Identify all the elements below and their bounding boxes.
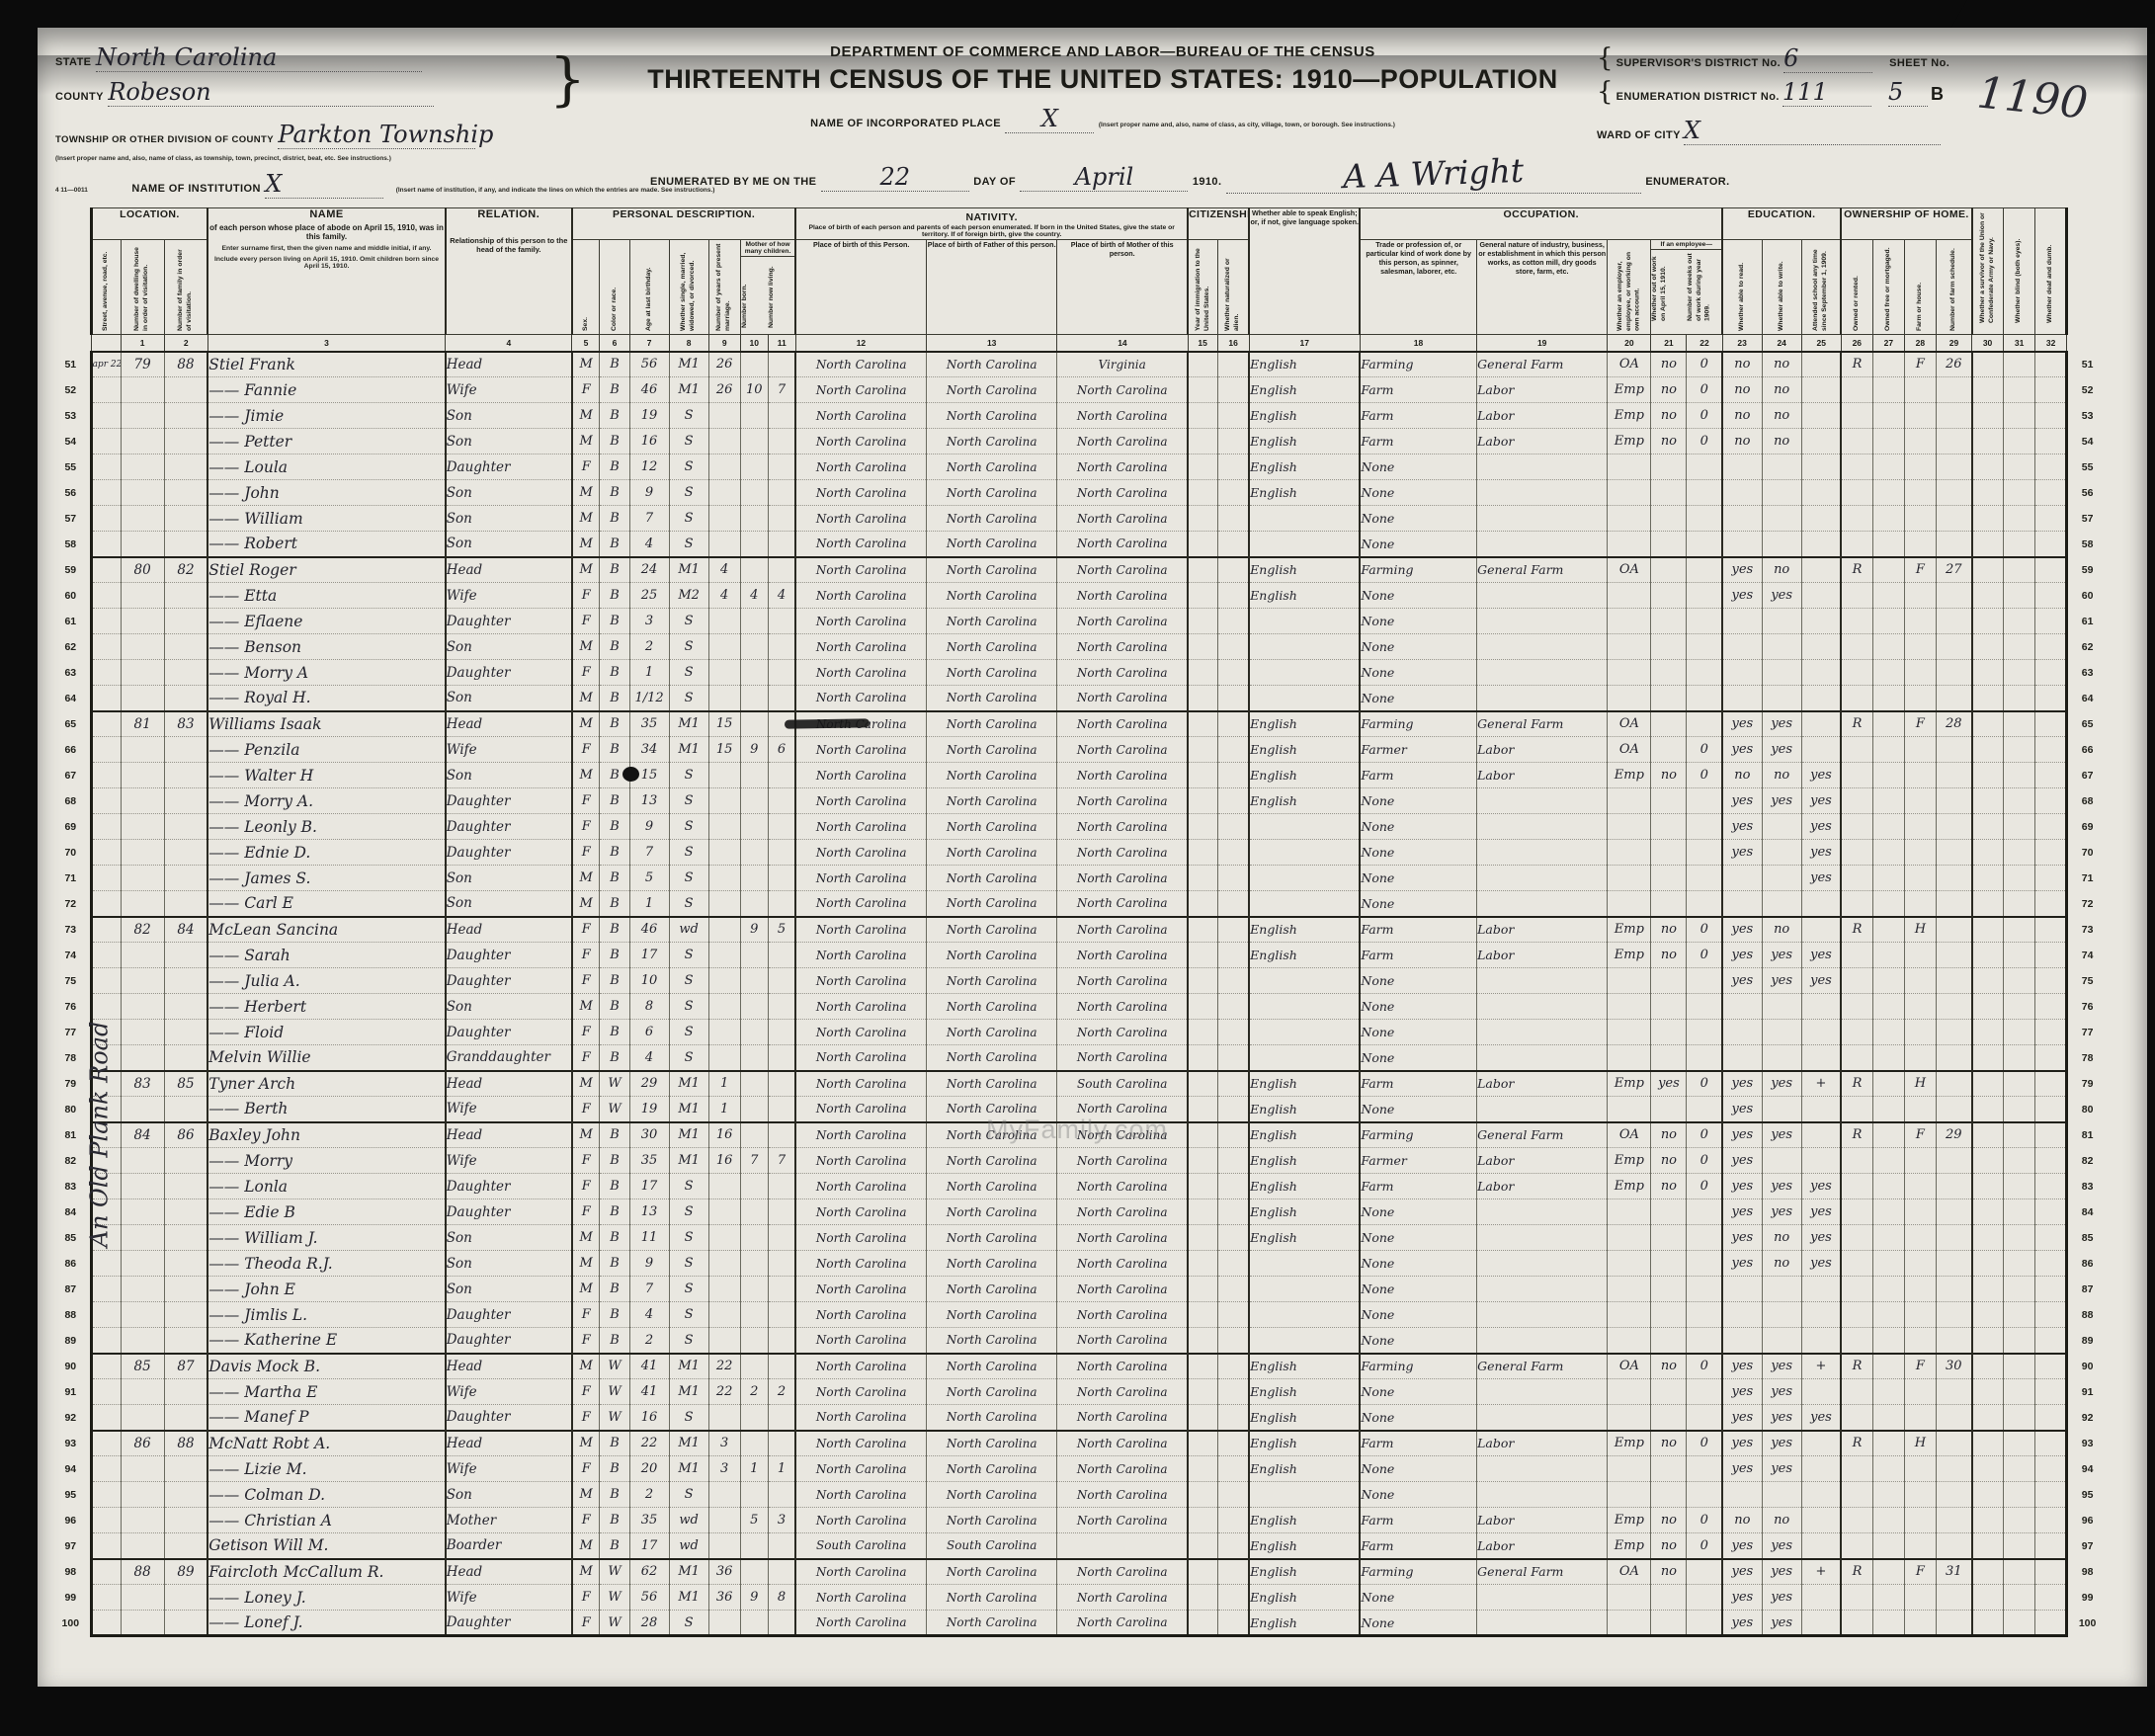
cell-cb bbox=[740, 557, 768, 583]
cell-ind: Labor bbox=[1477, 1533, 1608, 1559]
cell-street bbox=[91, 532, 121, 557]
cell-imm bbox=[1188, 763, 1217, 788]
cell-pbf: North Carolina bbox=[927, 634, 1057, 660]
column-survivor-header: Whether a survivor of the Union or Confe… bbox=[1972, 208, 2004, 335]
cell-pbm: North Carolina bbox=[1057, 480, 1188, 506]
column-number: 14 bbox=[1057, 335, 1188, 352]
cell-sex: M bbox=[572, 994, 600, 1020]
cell-wks: 0 bbox=[1687, 403, 1722, 429]
line-number-left: 74 bbox=[51, 943, 91, 968]
column-number: 31 bbox=[2004, 335, 2035, 352]
cell-trade: None bbox=[1360, 1405, 1476, 1431]
cell-wr bbox=[1762, 866, 1801, 891]
cell-mar: M1 bbox=[669, 1431, 708, 1456]
cell-trade: None bbox=[1360, 968, 1476, 994]
cell-deaf bbox=[2035, 1328, 2067, 1354]
cell-fam bbox=[164, 1508, 207, 1533]
cell-wks bbox=[1687, 1225, 1722, 1251]
cell-pbf: North Carolina bbox=[927, 994, 1057, 1020]
cell-emp: OA bbox=[1608, 557, 1651, 583]
cell-nat bbox=[1217, 1585, 1249, 1611]
cell-race: B bbox=[600, 377, 629, 403]
cell-mar: S bbox=[669, 429, 708, 455]
cell-ym bbox=[708, 763, 740, 788]
cell-sex: F bbox=[572, 840, 600, 866]
cell-rd: yes bbox=[1722, 814, 1762, 840]
cell-street: apr 22 bbox=[91, 352, 121, 377]
column-number: 13 bbox=[927, 335, 1057, 352]
table-row: 83—— LonlaDaughterFB17SNorth CarolinaNor… bbox=[51, 1174, 2107, 1199]
cell-fs bbox=[1936, 403, 1971, 429]
cell-wr bbox=[1762, 1097, 1801, 1122]
cell-surv bbox=[1972, 634, 2004, 660]
cell-emp: Emp bbox=[1608, 429, 1651, 455]
cell-mort bbox=[1872, 1251, 1904, 1277]
cell-eng: English bbox=[1249, 583, 1360, 609]
cell-eng bbox=[1249, 866, 1360, 891]
cell-wr: no bbox=[1762, 1225, 1801, 1251]
column-read-header: Whether able to read. bbox=[1722, 240, 1762, 335]
cell-sch bbox=[1801, 1302, 1841, 1328]
table-row: 88—— Jimlis L.DaughterFB4SNorth Carolina… bbox=[51, 1302, 2107, 1328]
line-number-left: 85 bbox=[51, 1225, 91, 1251]
cell-own bbox=[1841, 1611, 1872, 1636]
cell-oow bbox=[1651, 1328, 1687, 1354]
enumerated-month: April bbox=[1075, 163, 1134, 191]
cell-name: —— Sarah bbox=[207, 943, 445, 968]
cell-cb bbox=[740, 763, 768, 788]
state-label: STATE bbox=[55, 56, 91, 68]
cell-oow bbox=[1651, 968, 1687, 994]
enumerated-year: 1910. bbox=[1193, 176, 1222, 188]
cell-cl bbox=[768, 1045, 795, 1071]
cell-sex: F bbox=[572, 583, 600, 609]
cell-deaf bbox=[2035, 891, 2067, 917]
cell-blind bbox=[2004, 609, 2035, 634]
cell-pbm: North Carolina bbox=[1057, 1611, 1188, 1636]
cell-cl: 7 bbox=[768, 377, 795, 403]
cell-cl bbox=[768, 1431, 795, 1456]
cell-rel: Son bbox=[446, 1225, 572, 1251]
cell-sex: M bbox=[572, 1251, 600, 1277]
cell-eng bbox=[1249, 506, 1360, 532]
cell-oow: no bbox=[1651, 352, 1687, 377]
cell-nat bbox=[1217, 1482, 1249, 1508]
cell-deaf bbox=[2035, 840, 2067, 866]
cell-own bbox=[1841, 1302, 1872, 1328]
cell-cl: 6 bbox=[768, 737, 795, 763]
cell-rd bbox=[1722, 1482, 1762, 1508]
cell-rel: Head bbox=[446, 1354, 572, 1379]
cell-rel: Head bbox=[446, 1122, 572, 1148]
line-number-right: 68 bbox=[2067, 788, 2107, 814]
cell-trade: None bbox=[1360, 1097, 1476, 1122]
cell-eng bbox=[1249, 609, 1360, 634]
cell-fs bbox=[1936, 891, 1971, 917]
cell-age: 9 bbox=[629, 814, 669, 840]
cell-age: 24 bbox=[629, 557, 669, 583]
cell-ind: Labor bbox=[1477, 1508, 1608, 1533]
cell-race: B bbox=[600, 917, 629, 943]
group-nativity: NATIVITY. Place of birth of each person … bbox=[795, 208, 1188, 240]
cell-rd: yes bbox=[1722, 1071, 1762, 1097]
cell-name: —— John E bbox=[207, 1277, 445, 1302]
cell-mar: S bbox=[669, 660, 708, 686]
cell-cl bbox=[768, 1225, 795, 1251]
cell-rel: Wife bbox=[446, 1148, 572, 1174]
cell-rel: Son bbox=[446, 532, 572, 557]
cell-nat bbox=[1217, 1302, 1249, 1328]
line-number-left: 75 bbox=[51, 968, 91, 994]
line-number-left: 81 bbox=[51, 1122, 91, 1148]
cell-nat bbox=[1217, 1251, 1249, 1277]
cell-mort bbox=[1872, 788, 1904, 814]
cell-eng bbox=[1249, 994, 1360, 1020]
cell-sch: yes bbox=[1801, 788, 1841, 814]
cell-rd: yes bbox=[1722, 1431, 1762, 1456]
cell-trade: Farm bbox=[1360, 403, 1476, 429]
cell-fh bbox=[1904, 686, 1936, 711]
cell-oow: no bbox=[1651, 1431, 1687, 1456]
cell-pbm: North Carolina bbox=[1057, 1379, 1188, 1405]
cell-nat bbox=[1217, 1431, 1249, 1456]
cell-dw bbox=[121, 1097, 164, 1122]
cell-fs bbox=[1936, 609, 1971, 634]
cell-nat bbox=[1217, 1020, 1249, 1045]
line-number-gutter bbox=[51, 208, 91, 352]
cell-trade: None bbox=[1360, 583, 1476, 609]
cell-wr bbox=[1762, 1020, 1801, 1045]
ward-label: WARD OF CITY bbox=[1597, 129, 1681, 141]
cell-wks bbox=[1687, 891, 1722, 917]
cell-race: B bbox=[600, 557, 629, 583]
cell-nat bbox=[1217, 377, 1249, 403]
cell-sch bbox=[1801, 1122, 1841, 1148]
cell-oow: no bbox=[1651, 1559, 1687, 1585]
cell-mort bbox=[1872, 1225, 1904, 1251]
cell-street bbox=[91, 1199, 121, 1225]
cell-ym bbox=[708, 1020, 740, 1045]
cell-blind bbox=[2004, 814, 2035, 840]
cell-race: B bbox=[600, 711, 629, 737]
cell-race: B bbox=[600, 634, 629, 660]
cell-age: 46 bbox=[629, 377, 669, 403]
cell-trade: None bbox=[1360, 480, 1476, 506]
cell-cb bbox=[740, 1354, 768, 1379]
column-number: 26 bbox=[1841, 335, 1872, 352]
cell-dw bbox=[121, 840, 164, 866]
cell-cb bbox=[740, 429, 768, 455]
cell-ind bbox=[1477, 1251, 1608, 1277]
cell-fam bbox=[164, 1174, 207, 1199]
cell-fam bbox=[164, 1251, 207, 1277]
cell-fs bbox=[1936, 1379, 1971, 1405]
cell-rel: Daughter bbox=[446, 840, 572, 866]
state-value: North Carolina bbox=[96, 43, 277, 71]
cell-trade: None bbox=[1360, 788, 1476, 814]
cell-own bbox=[1841, 1097, 1872, 1122]
cell-trade: Farm bbox=[1360, 1071, 1476, 1097]
cell-pbm: North Carolina bbox=[1057, 686, 1188, 711]
cell-emp: Emp bbox=[1608, 1148, 1651, 1174]
line-number-right: 84 bbox=[2067, 1199, 2107, 1225]
cell-ym bbox=[708, 506, 740, 532]
cell-mar: S bbox=[669, 1174, 708, 1199]
cell-nat bbox=[1217, 711, 1249, 737]
cell-pbm: North Carolina bbox=[1057, 1405, 1188, 1431]
cell-rel: Son bbox=[446, 506, 572, 532]
cell-eng bbox=[1249, 1302, 1360, 1328]
cell-cl bbox=[768, 1097, 795, 1122]
cell-mort bbox=[1872, 403, 1904, 429]
cell-deaf bbox=[2035, 1225, 2067, 1251]
cell-fh: F bbox=[1904, 1559, 1936, 1585]
column-number: 20 bbox=[1608, 335, 1651, 352]
cell-wks bbox=[1687, 1199, 1722, 1225]
cell-mort bbox=[1872, 1071, 1904, 1097]
cell-imm bbox=[1188, 1020, 1217, 1045]
cell-nat bbox=[1217, 532, 1249, 557]
cell-wks bbox=[1687, 660, 1722, 686]
cell-rel: Son bbox=[446, 1482, 572, 1508]
incorporated-label: NAME OF INCORPORATED PLACE bbox=[810, 118, 1001, 129]
cell-fam bbox=[164, 1533, 207, 1559]
cell-nat bbox=[1217, 429, 1249, 455]
cell-cl bbox=[768, 994, 795, 1020]
cell-oow bbox=[1651, 840, 1687, 866]
cell-rd: no bbox=[1722, 1508, 1762, 1533]
cell-nat bbox=[1217, 634, 1249, 660]
cell-nat bbox=[1217, 943, 1249, 968]
cell-nat bbox=[1217, 506, 1249, 532]
cell-ym: 26 bbox=[708, 352, 740, 377]
cell-imm bbox=[1188, 1225, 1217, 1251]
cell-mort bbox=[1872, 1559, 1904, 1585]
cell-fam bbox=[164, 968, 207, 994]
cell-sex: M bbox=[572, 1482, 600, 1508]
cell-fh: F bbox=[1904, 1122, 1936, 1148]
cell-ym bbox=[708, 1277, 740, 1302]
cell-cl bbox=[768, 532, 795, 557]
cell-imm bbox=[1188, 1097, 1217, 1122]
cell-pbf: North Carolina bbox=[927, 1456, 1057, 1482]
cell-wr: no bbox=[1762, 1251, 1801, 1277]
cell-age: 4 bbox=[629, 1302, 669, 1328]
cell-street bbox=[91, 891, 121, 917]
cell-fam: 83 bbox=[164, 711, 207, 737]
cell-ind: Labor bbox=[1477, 1148, 1608, 1174]
cell-wks: 0 bbox=[1687, 377, 1722, 403]
cell-street bbox=[91, 1277, 121, 1302]
cell-trade: None bbox=[1360, 1456, 1476, 1482]
table-row: 56—— JohnSonMB9SNorth CarolinaNorth Caro… bbox=[51, 480, 2107, 506]
township-label: TOWNSHIP OR OTHER DIVISION OF COUNTY bbox=[55, 134, 274, 145]
cell-cl bbox=[768, 403, 795, 429]
column-number: 3 bbox=[207, 335, 445, 352]
cell-street bbox=[91, 994, 121, 1020]
cell-trade: None bbox=[1360, 1225, 1476, 1251]
cell-pbf: North Carolina bbox=[927, 1482, 1057, 1508]
cell-dw bbox=[121, 1302, 164, 1328]
cell-surv bbox=[1972, 1354, 2004, 1379]
cell-fam bbox=[164, 634, 207, 660]
cell-fh bbox=[1904, 1251, 1936, 1277]
cell-mar: S bbox=[669, 1045, 708, 1071]
cell-name: —— Morry A bbox=[207, 660, 445, 686]
cell-cb: 1 bbox=[740, 1456, 768, 1482]
cell-oow bbox=[1651, 1482, 1687, 1508]
cell-imm bbox=[1188, 994, 1217, 1020]
cell-sex: M bbox=[572, 1533, 600, 1559]
cell-blind bbox=[2004, 377, 2035, 403]
cell-sch: yes bbox=[1801, 814, 1841, 840]
cell-sex: F bbox=[572, 1611, 600, 1636]
cell-mort bbox=[1872, 1431, 1904, 1456]
cell-fam bbox=[164, 429, 207, 455]
cell-imm bbox=[1188, 1199, 1217, 1225]
cell-rel: Daughter bbox=[446, 1328, 572, 1354]
cell-emp: Emp bbox=[1608, 1508, 1651, 1533]
cell-mort bbox=[1872, 814, 1904, 840]
cell-pbm: North Carolina bbox=[1057, 968, 1188, 994]
cell-rd bbox=[1722, 686, 1762, 711]
cell-fs bbox=[1936, 1482, 1971, 1508]
column-number: 23 bbox=[1722, 335, 1762, 352]
cell-mar: S bbox=[669, 891, 708, 917]
cell-imm bbox=[1188, 840, 1217, 866]
cell-pbf: North Carolina bbox=[927, 943, 1057, 968]
cell-fam bbox=[164, 814, 207, 840]
cell-street bbox=[91, 1328, 121, 1354]
cell-sex: F bbox=[572, 1585, 600, 1611]
cell-imm bbox=[1188, 1328, 1217, 1354]
cell-trade: Farmer bbox=[1360, 1148, 1476, 1174]
table-row: 76—— HerbertSonMB8SNorth CarolinaNorth C… bbox=[51, 994, 2107, 1020]
cell-sex: M bbox=[572, 1071, 600, 1097]
group-personal: PERSONAL DESCRIPTION. bbox=[572, 208, 795, 240]
cell-wks bbox=[1687, 1559, 1722, 1585]
cell-dw bbox=[121, 506, 164, 532]
cell-sex: M bbox=[572, 711, 600, 737]
cell-wks bbox=[1687, 814, 1722, 840]
cell-imm bbox=[1188, 1251, 1217, 1277]
cell-name: —— Floid bbox=[207, 1020, 445, 1045]
cell-pbm: North Carolina bbox=[1057, 814, 1188, 840]
cell-rd: yes bbox=[1722, 1097, 1762, 1122]
cell-imm bbox=[1188, 737, 1217, 763]
ward-value: X bbox=[1684, 117, 1700, 144]
scan-edge-left bbox=[0, 0, 40, 1692]
cell-wks: 0 bbox=[1687, 1071, 1722, 1097]
cell-wks bbox=[1687, 480, 1722, 506]
table-row: 87—— John ESonMB7SNorth CarolinaNorth Ca… bbox=[51, 1277, 2107, 1302]
cell-fam bbox=[164, 1302, 207, 1328]
cell-dw bbox=[121, 480, 164, 506]
cell-pbf: North Carolina bbox=[927, 480, 1057, 506]
cell-pb: North Carolina bbox=[795, 1045, 926, 1071]
cell-imm bbox=[1188, 429, 1217, 455]
cell-wr: yes bbox=[1762, 1559, 1801, 1585]
cell-surv bbox=[1972, 788, 2004, 814]
cell-imm bbox=[1188, 1174, 1217, 1199]
cell-fam bbox=[164, 891, 207, 917]
cell-dw bbox=[121, 429, 164, 455]
cell-ind bbox=[1477, 1277, 1608, 1302]
cell-emp: OA bbox=[1608, 1559, 1651, 1585]
cell-sex: F bbox=[572, 788, 600, 814]
cell-rd: yes bbox=[1722, 1225, 1762, 1251]
cell-ym bbox=[708, 1199, 740, 1225]
cell-mort bbox=[1872, 1174, 1904, 1199]
cell-cl: 5 bbox=[768, 917, 795, 943]
table-row: 68—— Morry A.DaughterFB13SNorth Carolina… bbox=[51, 788, 2107, 814]
cell-surv bbox=[1972, 352, 2004, 377]
cell-pbm: North Carolina bbox=[1057, 866, 1188, 891]
line-number-right: 57 bbox=[2067, 506, 2107, 532]
cell-street bbox=[91, 1148, 121, 1174]
cell-age: 56 bbox=[629, 1585, 669, 1611]
cell-pbm: North Carolina bbox=[1057, 1431, 1188, 1456]
table-row: 85—— William J.SonMB11SNorth CarolinaNor… bbox=[51, 1225, 2107, 1251]
cell-cb bbox=[740, 840, 768, 866]
cell-surv bbox=[1972, 583, 2004, 609]
cell-trade: None bbox=[1360, 1302, 1476, 1328]
cell-wr: no bbox=[1762, 917, 1801, 943]
cell-nat bbox=[1217, 891, 1249, 917]
cell-fs bbox=[1936, 1533, 1971, 1559]
cell-name: —— Martha E bbox=[207, 1379, 445, 1405]
cell-mar: M1 bbox=[669, 1585, 708, 1611]
cell-trade: Farm bbox=[1360, 763, 1476, 788]
cell-deaf bbox=[2035, 968, 2067, 994]
cell-dw bbox=[121, 1405, 164, 1431]
cell-street bbox=[91, 557, 121, 583]
cell-ind bbox=[1477, 634, 1608, 660]
cell-pbm: North Carolina bbox=[1057, 506, 1188, 532]
line-number-left: 86 bbox=[51, 1251, 91, 1277]
cell-pb: North Carolina bbox=[795, 455, 926, 480]
sheet-header: STATE North Carolina COUNTY Robeson } TO… bbox=[38, 28, 2147, 207]
cell-own bbox=[1841, 1328, 1872, 1354]
cell-fh bbox=[1904, 737, 1936, 763]
cell-cl bbox=[768, 634, 795, 660]
cell-own bbox=[1841, 968, 1872, 994]
cell-ym bbox=[708, 1251, 740, 1277]
cell-deaf bbox=[2035, 994, 2067, 1020]
cell-fh bbox=[1904, 1199, 1936, 1225]
cell-pbf: North Carolina bbox=[927, 429, 1057, 455]
cell-surv bbox=[1972, 968, 2004, 994]
cell-fam bbox=[164, 840, 207, 866]
cell-trade: None bbox=[1360, 634, 1476, 660]
cell-deaf bbox=[2035, 1020, 2067, 1045]
line-number-right: 55 bbox=[2067, 455, 2107, 480]
cell-ind bbox=[1477, 788, 1608, 814]
cell-rel: Head bbox=[446, 711, 572, 737]
cell-fs bbox=[1936, 1251, 1971, 1277]
cell-dw bbox=[121, 814, 164, 840]
cell-mar: S bbox=[669, 480, 708, 506]
cell-rd: yes bbox=[1722, 1533, 1762, 1559]
cell-race: W bbox=[600, 1071, 629, 1097]
cell-pbf: South Carolina bbox=[927, 1533, 1057, 1559]
cell-trade: None bbox=[1360, 1251, 1476, 1277]
cell-blind bbox=[2004, 1251, 2035, 1277]
cell-fs bbox=[1936, 943, 1971, 968]
line-number-left: 87 bbox=[51, 1277, 91, 1302]
cell-cl: 1 bbox=[768, 1456, 795, 1482]
cell-sch bbox=[1801, 686, 1841, 711]
